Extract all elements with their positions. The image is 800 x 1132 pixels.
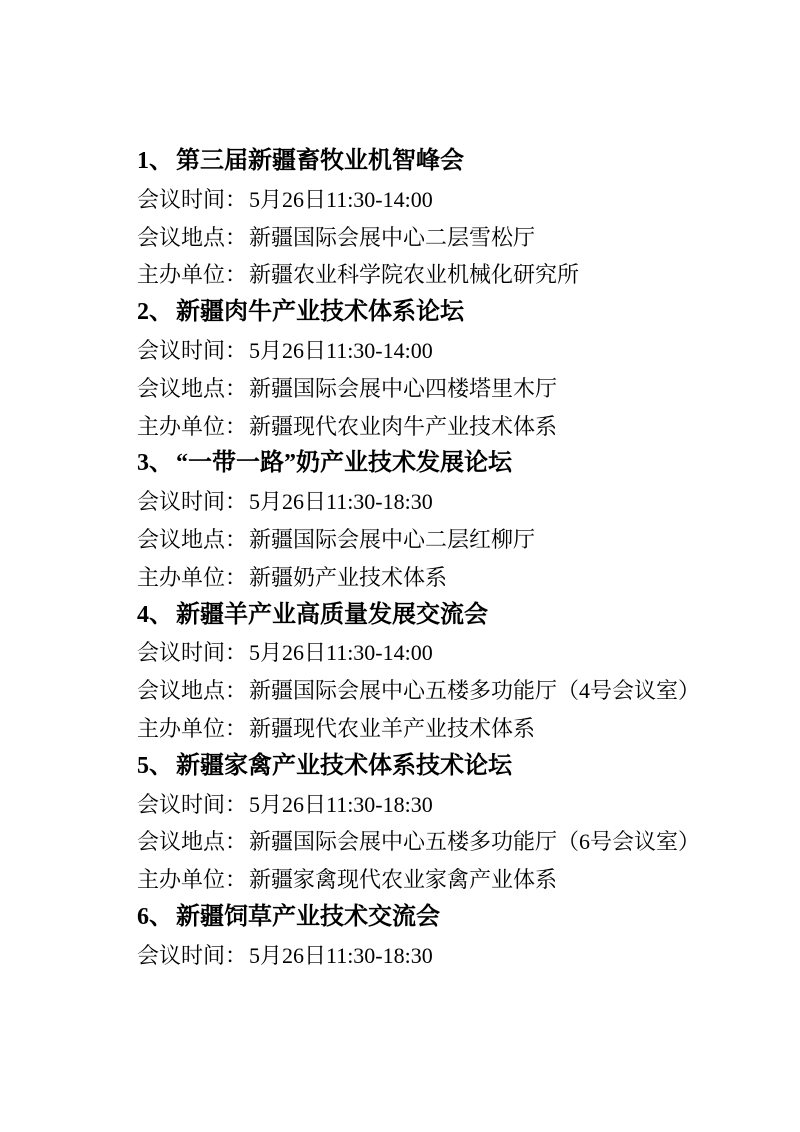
location-value: 新疆国际会展中心五楼多功能厅（4号会议室） [249,678,700,703]
time-label: 会议时间： [137,187,247,212]
session-location-line: 会议地点：新疆国际会展中心二层雪松厅 [137,219,737,257]
session-item-1: 1、第三届新疆畜牧业机智峰会 会议时间：5月26日11:30-14:00 会议地… [137,143,737,294]
session-title: 1、第三届新疆畜牧业机智峰会 [137,143,737,181]
session-number: 3、 [137,450,173,476]
session-title-text: “一带一路”奶产业技术发展论坛 [176,450,512,476]
location-label: 会议地点： [137,527,247,552]
time-label: 会议时间： [137,640,247,665]
host-value: 新疆现代农业羊产业技术体系 [249,716,535,741]
location-value: 新疆国际会展中心四楼塔里木厅 [249,376,557,401]
host-label: 主办单位： [137,867,247,892]
session-time-line: 会议时间：5月26日11:30-14:00 [137,332,737,370]
session-title-text: 第三届新疆畜牧业机智峰会 [176,148,464,174]
session-title: 2、新疆肉牛产业技术体系论坛 [137,294,737,332]
session-item-6: 6、新疆饲草产业技术交流会 会议时间：5月26日11:30-18:30 [137,899,737,975]
host-value: 新疆现代农业肉牛产业技术体系 [249,414,557,439]
time-value: 5月26日11:30-14:00 [249,187,433,212]
session-location-line: 会议地点：新疆国际会展中心二层红柳厅 [137,521,737,559]
location-value: 新疆国际会展中心二层红柳厅 [249,527,535,552]
session-title: 3、“一带一路”奶产业技术发展论坛 [137,445,737,483]
session-item-5: 5、新疆家禽产业技术体系技术论坛 会议时间：5月26日11:30-18:30 会… [137,748,737,899]
host-value: 新疆农业科学院农业机械化研究所 [249,262,579,287]
session-number: 6、 [137,904,173,930]
session-title: 5、新疆家禽产业技术体系技术论坛 [137,748,737,786]
location-label: 会议地点： [137,829,247,854]
time-value: 5月26日11:30-14:00 [249,640,433,665]
session-title-text: 新疆肉牛产业技术体系论坛 [176,299,464,325]
session-title-text: 新疆家禽产业技术体系技术论坛 [176,753,512,779]
host-label: 主办单位： [137,262,247,287]
location-value: 新疆国际会展中心二层雪松厅 [249,225,535,250]
session-list: 1、第三届新疆畜牧业机智峰会 会议时间：5月26日11:30-14:00 会议地… [137,143,737,975]
session-location-line: 会议地点：新疆国际会展中心五楼多功能厅（6号会议室） [137,823,737,861]
session-time-line: 会议时间：5月26日11:30-18:30 [137,483,737,521]
session-title-text: 新疆羊产业高质量发展交流会 [176,602,488,628]
location-value: 新疆国际会展中心五楼多功能厅（6号会议室） [249,829,700,854]
session-title-text: 新疆饲草产业技术交流会 [176,904,440,930]
location-label: 会议地点： [137,225,247,250]
time-label: 会议时间： [137,792,247,817]
session-number: 5、 [137,753,173,779]
session-host-line: 主办单位：新疆现代农业羊产业技术体系 [137,710,737,748]
time-label: 会议时间： [137,489,247,514]
session-time-line: 会议时间：5月26日11:30-18:30 [137,937,737,975]
session-title: 6、新疆饲草产业技术交流会 [137,899,737,937]
time-value: 5月26日11:30-18:30 [249,792,433,817]
session-location-line: 会议地点：新疆国际会展中心五楼多功能厅（4号会议室） [137,672,737,710]
session-item-3: 3、“一带一路”奶产业技术发展论坛 会议时间：5月26日11:30-18:30 … [137,445,737,596]
host-value: 新疆奶产业技术体系 [249,565,447,590]
session-host-line: 主办单位：新疆现代农业肉牛产业技术体系 [137,408,737,446]
session-time-line: 会议时间：5月26日11:30-14:00 [137,181,737,219]
session-item-4: 4、新疆羊产业高质量发展交流会 会议时间：5月26日11:30-14:00 会议… [137,597,737,748]
session-title: 4、新疆羊产业高质量发展交流会 [137,597,737,635]
session-number: 2、 [137,299,173,325]
session-number: 4、 [137,602,173,628]
time-value: 5月26日11:30-18:30 [249,943,433,968]
host-label: 主办单位： [137,414,247,439]
session-item-2: 2、新疆肉牛产业技术体系论坛 会议时间：5月26日11:30-14:00 会议地… [137,294,737,445]
session-location-line: 会议地点：新疆国际会展中心四楼塔里木厅 [137,370,737,408]
session-host-line: 主办单位：新疆农业科学院农业机械化研究所 [137,256,737,294]
time-value: 5月26日11:30-18:30 [249,489,433,514]
time-value: 5月26日11:30-14:00 [249,338,433,363]
session-time-line: 会议时间：5月26日11:30-18:30 [137,786,737,824]
time-label: 会议时间： [137,943,247,968]
session-host-line: 主办单位：新疆奶产业技术体系 [137,559,737,597]
session-time-line: 会议时间：5月26日11:30-14:00 [137,634,737,672]
location-label: 会议地点： [137,376,247,401]
host-label: 主办单位： [137,716,247,741]
host-value: 新疆家禽现代农业家禽产业体系 [249,867,557,892]
host-label: 主办单位： [137,565,247,590]
session-number: 1、 [137,148,173,174]
location-label: 会议地点： [137,678,247,703]
time-label: 会议时间： [137,338,247,363]
session-host-line: 主办单位：新疆家禽现代农业家禽产业体系 [137,861,737,899]
